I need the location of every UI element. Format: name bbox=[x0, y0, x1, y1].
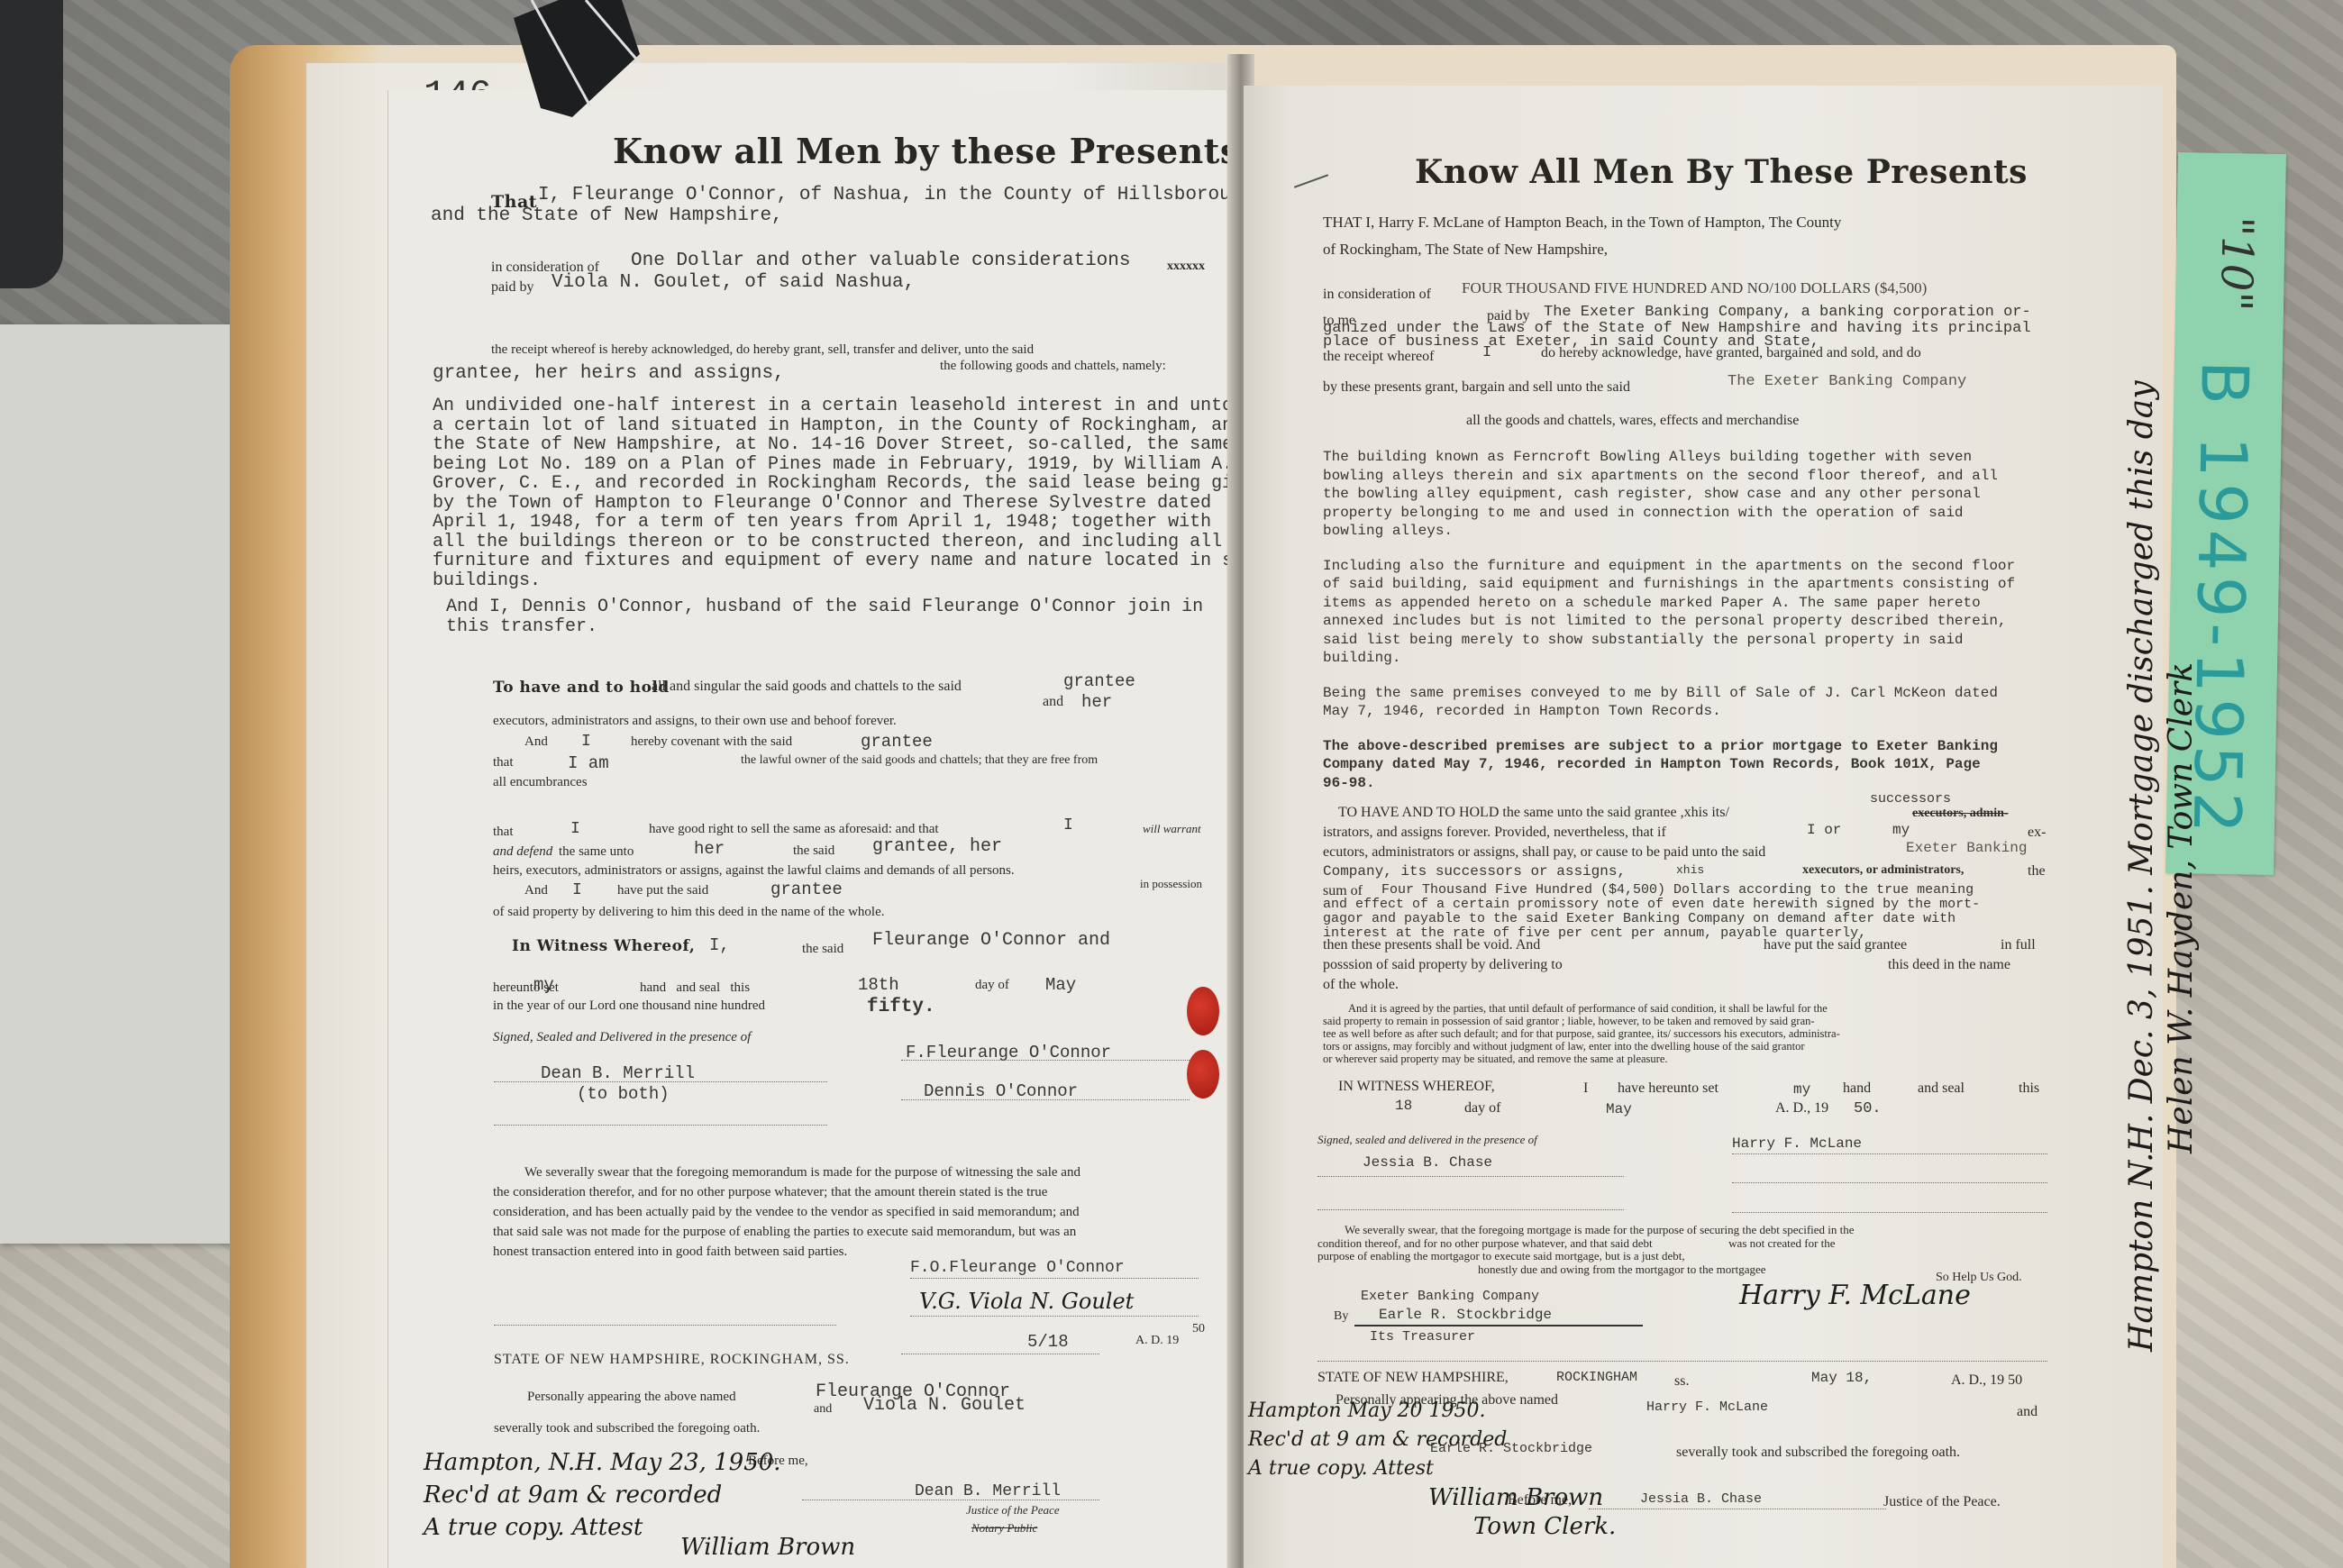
following-goods: the following goods and chattels, namely… bbox=[940, 359, 1166, 374]
husband-clause-line: And I, Dennis O'Connor, husband of the s… bbox=[446, 597, 1203, 617]
put-i: I bbox=[572, 881, 582, 899]
wax-seal bbox=[1187, 1050, 1219, 1099]
habendum-her: her bbox=[1081, 692, 1112, 712]
right-justice-name: Jessia B. Chase bbox=[1640, 1491, 1762, 1507]
consideration-value: One Dollar and other valuable considerat… bbox=[631, 251, 1131, 271]
signature-rule bbox=[901, 1099, 1190, 1100]
covenant-text: hereby covenant with the said bbox=[631, 734, 792, 750]
para-line: property belonging to me and used in con… bbox=[1323, 504, 2015, 523]
sum-line: Four Thousand Five Hundred ($4,500) Doll… bbox=[1323, 883, 1980, 898]
right-month: May bbox=[1606, 1101, 1632, 1117]
oath-line: purpose of enabling the mortgagor to exe… bbox=[1317, 1250, 1855, 1263]
wax-seal bbox=[1187, 987, 1219, 1035]
witness-name: Dean B. Merrill bbox=[541, 1063, 695, 1083]
description-line: all the buildings thereon or to be const… bbox=[433, 533, 1265, 552]
oath-line: that said sale was not made for the purp… bbox=[493, 1222, 1080, 1242]
that-i: I bbox=[570, 820, 580, 838]
husband-clause-line: this transfer. bbox=[446, 617, 1203, 637]
right-grantee-name: The Exeter Banking Company bbox=[1728, 373, 1966, 390]
defend-her: her bbox=[694, 839, 725, 859]
witness-rule bbox=[494, 1125, 827, 1126]
agreement-line: tee as well before as after such default… bbox=[1323, 1027, 1840, 1040]
witness-names: Fleurange O'Connor and bbox=[872, 930, 1110, 951]
witness-i: I, bbox=[709, 935, 730, 955]
grantee-her: grantee, her bbox=[872, 836, 1002, 857]
discharge-margin-note: Hampton N.H. Dec. 3, 1951. Mortgage disc… bbox=[2122, 90, 2202, 1352]
will-warrant: will warrant bbox=[1143, 822, 1201, 836]
right-signer: Harry F. McLane bbox=[1732, 1135, 1862, 1152]
recording-signature: William Brown bbox=[1248, 1483, 1616, 1512]
i-am: I am bbox=[568, 753, 609, 773]
put-grantee: grantee bbox=[770, 880, 843, 899]
left-title: Know all Men by these Presents, bbox=[613, 131, 1252, 171]
grantee-line: grantee, her heirs and assigns, bbox=[433, 363, 785, 384]
appearing-label: Personally appearing the above named bbox=[527, 1390, 736, 1405]
left-oath: We severally swear that the foregoing me… bbox=[493, 1162, 1080, 1262]
para-line: bowling alleys. bbox=[1323, 522, 2015, 541]
the-said: the said bbox=[793, 843, 834, 859]
para-line: of said building, said equipment and fur… bbox=[1323, 575, 2015, 594]
right-day: 18 bbox=[1395, 1098, 1412, 1114]
para-line: bowling alleys therein and six apartment… bbox=[1323, 467, 2015, 486]
defend-label: and defend bbox=[493, 844, 552, 860]
habendum-my: my bbox=[1892, 822, 1910, 838]
signer-rule bbox=[1732, 1212, 2047, 1213]
lawful-owner: the lawful owner of the said goods and c… bbox=[741, 753, 1098, 768]
paid-by-label: paid by bbox=[491, 279, 534, 296]
void-line: then these presents shall be void. And bbox=[1323, 937, 1540, 953]
that-label: that bbox=[493, 755, 514, 770]
description-line: being Lot No. 189 on a Plan of Pines mad… bbox=[433, 455, 1265, 475]
that-label: that bbox=[493, 825, 514, 840]
recording-line: Rec'd at 9am & recorded bbox=[424, 1479, 855, 1511]
binder-clip-icon bbox=[505, 0, 649, 117]
justice-title: Justice of the Peace bbox=[966, 1503, 1060, 1518]
witness-rule bbox=[1317, 1209, 1624, 1210]
covenant-i: I bbox=[581, 733, 591, 751]
para-line: annexed includes but is not limited to t… bbox=[1323, 612, 2015, 631]
husband-clause: And I, Dennis O'Connor, husband of the s… bbox=[446, 597, 1203, 637]
para-line: The building known as Ferncroft Bowling … bbox=[1323, 448, 2015, 467]
successors: successors bbox=[1870, 791, 1951, 807]
recording-line: Hampton, N.H. May 23, 1950. bbox=[424, 1446, 855, 1479]
para-line: building. bbox=[1323, 649, 2015, 668]
left-justice-name: Dean B. Merrill bbox=[915, 1482, 1061, 1500]
left-ack-ad: A. D. 19 bbox=[1135, 1334, 1179, 1348]
appearing-name2: Viola N. Goulet bbox=[863, 1395, 1026, 1416]
para-line: The above-described premises are subject… bbox=[1323, 737, 2015, 756]
right-justice-title: Justice of the Peace. bbox=[1883, 1494, 2001, 1510]
habendum-struck2: xexecutors, or administrators, bbox=[1802, 863, 1964, 878]
right-ack-date: May 18, bbox=[1811, 1370, 1872, 1386]
oath-line: condition thereof, and for no other purp… bbox=[1317, 1237, 1855, 1251]
same-unto: the same unto bbox=[559, 844, 634, 860]
section-rule bbox=[1317, 1361, 2047, 1362]
habendum-the: the bbox=[2028, 863, 2046, 880]
oath-rule bbox=[494, 1325, 836, 1326]
right-state-line: STATE OF NEW HAMPSHIRE, bbox=[1317, 1370, 1509, 1386]
covenant-grantee: grantee bbox=[861, 732, 933, 752]
oath-sig-fleurange: F.O.Fleurange O'Connor bbox=[910, 1259, 1125, 1277]
recording-line: A true copy. Attest bbox=[1248, 1454, 1616, 1483]
officer-name: Earle R. Stockbridge bbox=[1379, 1307, 1552, 1323]
in-possession: in possession bbox=[1140, 877, 1202, 891]
tab-top-mark: "10" bbox=[2211, 216, 2263, 312]
right-recording-note: Hampton May 20 1950. Rec'd at 9 am & rec… bbox=[1248, 1397, 1616, 1541]
officer-title: Its Treasurer bbox=[1370, 1329, 1475, 1345]
right-title: Know All Men By These Presents bbox=[1415, 153, 2028, 191]
left-intro-line2: and the State of New Hampshire, bbox=[431, 205, 783, 226]
hand-seal-this: hand and seal this bbox=[640, 980, 750, 996]
goods-line: all the goods and chattels, wares, effec… bbox=[1466, 413, 1799, 429]
property-description: An undivided one-half interest in a cert… bbox=[433, 397, 1265, 590]
right-name1: Harry F. McLane bbox=[1646, 1399, 1768, 1415]
right-day-of: day of bbox=[1464, 1100, 1500, 1117]
right-year: 50. bbox=[1854, 1100, 1882, 1117]
witness-day: 18th bbox=[858, 975, 899, 995]
witness-my: my bbox=[533, 975, 554, 995]
right-receipt-text: do hereby acknowledge, have granted, bar… bbox=[1541, 345, 1921, 361]
appearing-and: and bbox=[814, 1402, 832, 1417]
right-took-oath: severally took and subscribed the forego… bbox=[1676, 1445, 1960, 1461]
paid-by-value: Viola N. Goulet, of said Nashua, bbox=[552, 272, 915, 293]
in-full: in full bbox=[2001, 937, 2036, 953]
right-my: my bbox=[1793, 1081, 1810, 1098]
signed-label: Signed, Sealed and Delivered in the pres… bbox=[493, 1030, 751, 1045]
covenant-and: And bbox=[524, 734, 548, 750]
right-consideration-label: in consideration of bbox=[1323, 287, 1431, 303]
witness-label: In Witness Whereof, bbox=[512, 937, 695, 955]
recording-title: Town Clerk. bbox=[1248, 1512, 1616, 1541]
right-this: this bbox=[2019, 1080, 2039, 1097]
right-consideration-value: FOUR THOUSAND FIVE HUNDRED AND NO/100 DO… bbox=[1462, 279, 1927, 297]
intro-line: THAT I, Harry F. McLane of Hampton Beach… bbox=[1323, 209, 1841, 236]
right-receipt-label: the receipt whereof bbox=[1323, 349, 1434, 365]
oath-line: We severally swear, that the foregoing m… bbox=[1317, 1224, 1855, 1237]
habendum-line2: executors, administrators and assigns, t… bbox=[493, 714, 897, 729]
para-line: said list being merely to show substanti… bbox=[1323, 631, 2015, 650]
habendum-text: all and singular the said goods and chat… bbox=[652, 679, 962, 695]
heirs-line: heirs, executors, administrators or assi… bbox=[493, 863, 1015, 879]
recording-line: Hampton May 20 1950. bbox=[1248, 1397, 1616, 1426]
dark-object bbox=[0, 0, 63, 288]
oath-line: the consideration therefor, and for no o… bbox=[493, 1182, 1080, 1202]
para-line: items as appended hereto on a schedule m… bbox=[1323, 594, 2015, 613]
left-ack-date: 5/18 bbox=[1027, 1332, 1069, 1352]
delivering-line: of said property by delivering to him th… bbox=[493, 905, 884, 920]
habendum-line3: ecutors, administrators or assigns, shal… bbox=[1323, 844, 1765, 861]
signature-dennis: Dennis O'Connor bbox=[924, 1081, 1078, 1101]
officer-underline bbox=[1354, 1325, 1643, 1326]
good-right: have good right to sell the same as afor… bbox=[649, 822, 939, 837]
day-of: day of bbox=[975, 978, 1009, 993]
habendum-line1: TO HAVE AND TO HOLD the same unto the sa… bbox=[1338, 805, 1729, 821]
left-state-line: STATE OF NEW HAMPSHIRE, ROCKINGHAM, SS. bbox=[494, 1352, 850, 1368]
witness-year: fifty. bbox=[867, 997, 935, 1017]
intro-line: of Rockingham, The State of New Hampshir… bbox=[1323, 236, 1841, 263]
encumbrances: all encumbrances bbox=[493, 775, 588, 790]
took-oath: severally took and subscribed the forego… bbox=[494, 1421, 760, 1436]
habendum-label: To have and to hold bbox=[493, 679, 670, 697]
right-description: The building known as Ferncroft Bowling … bbox=[1323, 448, 2015, 792]
right-hereunto: have hereunto set bbox=[1618, 1080, 1719, 1097]
will-i: I bbox=[1063, 816, 1073, 834]
left-recording-note: Hampton, N.H. May 23, 1950. Rec'd at 9am… bbox=[424, 1446, 855, 1563]
this-deed: this deed in the name bbox=[1888, 957, 2010, 973]
margin-line: Helen W. Hayden, Town Clerk bbox=[2162, 90, 2202, 1352]
description-line: buildings. bbox=[433, 571, 1265, 591]
oath-rule bbox=[910, 1278, 1199, 1279]
right-ack-ad: A. D., 19 50 bbox=[1951, 1372, 2022, 1389]
witness-the-said: the said bbox=[802, 942, 843, 957]
sum-line: gagor and payable to the said Exeter Ban… bbox=[1323, 912, 1980, 926]
margin-line: Hampton N.H. Dec. 3, 1951. Mortgage disc… bbox=[2122, 90, 2162, 1352]
right-intro: THAT I, Harry F. McLane of Hampton Beach… bbox=[1323, 209, 1841, 263]
right-hand: hand bbox=[1843, 1080, 1871, 1097]
put-grantee: have put the said grantee bbox=[1764, 937, 1907, 953]
right-receipt-i: I bbox=[1482, 344, 1491, 361]
right-county: ROCKINGHAM bbox=[1556, 1370, 1637, 1385]
mclane-signature: Harry F. McLane bbox=[1739, 1280, 1971, 1311]
possession-line: posssion of said property by delivering … bbox=[1323, 957, 1563, 973]
right-and: and bbox=[2017, 1404, 2038, 1420]
habendum-and: and bbox=[1043, 694, 1063, 710]
right-signed-label: Signed, sealed and delivered in the pres… bbox=[1317, 1133, 1537, 1147]
justice-rule bbox=[1589, 1509, 1886, 1509]
receipt-line: the receipt whereof is hereby acknowledg… bbox=[491, 342, 1034, 358]
description-line: An undivided one-half interest in a cert… bbox=[433, 397, 1265, 416]
signature-rule bbox=[901, 1060, 1190, 1061]
description-line: furniture and fixtures and equipment of … bbox=[433, 552, 1265, 571]
para-line: the bowling alley equipment, cash regist… bbox=[1323, 485, 2015, 504]
right-witness-label: IN WITNESS WHEREOF, bbox=[1338, 1079, 1495, 1095]
witness-month: May bbox=[1045, 975, 1076, 995]
para-line: Including also the furniture and equipme… bbox=[1323, 557, 2015, 576]
oath-sig-viola: V.G. Viola N. Goulet bbox=[919, 1289, 1134, 1314]
oath-line: honestly due and owing from the mortgago… bbox=[1317, 1263, 1855, 1277]
agreement-line: And it is agreed by the parties, that un… bbox=[1323, 1002, 1840, 1015]
of-the-whole: of the whole. bbox=[1323, 977, 1399, 993]
habendum-name: Exeter Banking bbox=[1906, 840, 2027, 856]
description-line: Grover, C. E., and recorded in Rockingha… bbox=[433, 474, 1265, 494]
habendum-grantee: grantee bbox=[1063, 671, 1135, 691]
by-these: by these presents grant, bargain and sel… bbox=[1323, 379, 1630, 396]
oath-rule bbox=[910, 1316, 1199, 1317]
agreement-line: said property to remain in possession of… bbox=[1323, 1015, 1840, 1027]
put-text: have put the said bbox=[617, 883, 708, 898]
by-label: By bbox=[1334, 1309, 1348, 1324]
signer-rule bbox=[1732, 1182, 2047, 1183]
signer-rule bbox=[1732, 1153, 2047, 1154]
oath-line: consideration, and has been actually pai… bbox=[493, 1202, 1080, 1222]
witness-note: (to both) bbox=[577, 1084, 670, 1104]
para-line: Company dated May 7, 1946, recorded in H… bbox=[1323, 755, 2015, 774]
notary-struck: Notary Public bbox=[971, 1521, 1037, 1536]
right-witness-name: Jessia B. Chase bbox=[1363, 1154, 1492, 1171]
agreement-line: tors or assigns, may forcibly and withou… bbox=[1323, 1040, 1840, 1053]
sum-text: Four Thousand Five Hundred ($4,500) Doll… bbox=[1323, 883, 1980, 941]
struck-word: xxxxxx bbox=[1167, 260, 1205, 274]
para-line: Being the same premises conveyed to me b… bbox=[1323, 684, 2015, 703]
oath-line: We severally swear that the foregoing me… bbox=[493, 1162, 1080, 1182]
para-line: May 7, 1946, recorded in Hampton Town Re… bbox=[1323, 702, 2015, 721]
year-line: in the year of our Lord one thousand nin… bbox=[493, 998, 765, 1014]
description-line: a certain lot of land situated in Hampto… bbox=[433, 416, 1265, 436]
company-name: Exeter Banking Company bbox=[1361, 1289, 1539, 1304]
left-intro-line1: I, Fleurange O'Connor, of Nashua, in the… bbox=[538, 185, 1254, 205]
para-line: 96-98. bbox=[1323, 774, 2015, 793]
right-witness-i: I bbox=[1583, 1080, 1588, 1097]
description-line: April 1, 1948, for a term of ten years f… bbox=[433, 513, 1265, 533]
habendum-i-or: I or bbox=[1807, 822, 1841, 838]
right-ad: A. D., 19 bbox=[1775, 1100, 1828, 1117]
ack-rule bbox=[901, 1354, 1099, 1354]
habendum-his: xhis bbox=[1676, 863, 1704, 877]
right-oath: We severally swear, that the foregoing m… bbox=[1317, 1224, 1855, 1276]
right-seal: and seal bbox=[1918, 1080, 1965, 1097]
habendum-line2: istrators, and assigns forever. Provided… bbox=[1323, 825, 1666, 841]
witness-rule bbox=[494, 1081, 827, 1082]
agreement-line: or wherever said property may be situate… bbox=[1323, 1053, 1840, 1065]
agreement: And it is agreed by the parties, that un… bbox=[1323, 1002, 1840, 1065]
recording-line: Rec'd at 9 am & recorded bbox=[1248, 1426, 1616, 1454]
payer-line1: The Exeter Banking Company, a banking co… bbox=[1544, 304, 2031, 321]
sum-line: and effect of a certain promissory note … bbox=[1323, 898, 1980, 912]
description-line: by the Town of Hampton to Fleurange O'Co… bbox=[433, 494, 1265, 514]
habendum-ex: ex- bbox=[2028, 825, 2046, 841]
put-and: And bbox=[524, 883, 548, 898]
habendum-struck: executors, admin- bbox=[1912, 807, 2009, 821]
description-line: the State of New Hampshire, at No. 14-16… bbox=[433, 435, 1265, 455]
habendum-line4: Company, its successors or assigns, bbox=[1323, 863, 1626, 880]
left-ack-year: 50 bbox=[1192, 1322, 1205, 1336]
witness-rule bbox=[1317, 1176, 1624, 1177]
right-ss: ss. bbox=[1674, 1373, 1689, 1390]
